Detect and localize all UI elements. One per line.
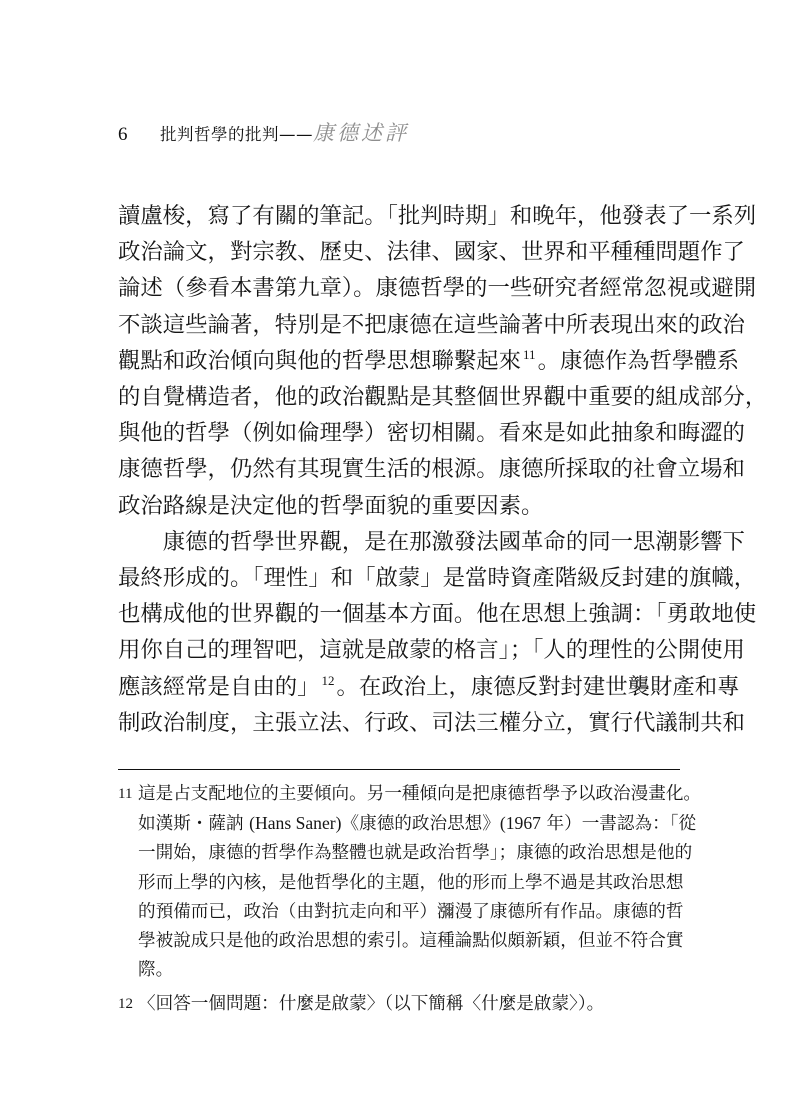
text-line: 讀盧梭，寫了有關的筆記。「批判時期」和晚年，他發表了一系列 — [118, 198, 682, 234]
footnote-ref-12[interactable]: 12 — [322, 673, 335, 688]
footnote-12: 12 〈回答一個問題：什麼是啟蒙〉（以下簡稱〈什麼是啟蒙〉）。 — [118, 990, 682, 1019]
text-line: 制政治制度，主張立法、行政、司法三權分立，實行代議制共和 — [118, 705, 682, 741]
main-text: 讀盧梭，寫了有關的筆記。「批判時期」和晚年，他發表了一系列 政治論文，對宗教、歷… — [118, 198, 682, 741]
text-line: 不談這些論著，特別是不把康德在這些論著中所表現出來的政治 — [118, 307, 682, 343]
text-segment: 年）一書認為：「從 — [547, 814, 697, 834]
footnote-number: 12 — [118, 990, 133, 1019]
footnote-divider — [118, 769, 680, 770]
text-line-with-footnote: 觀點和政治傾向與他的哲學思想聯繫起來11。康德作為哲學體系 — [118, 343, 682, 379]
latin-name: (Hans Saner) — [249, 813, 341, 833]
book-subtitle: 康德述評 — [313, 117, 409, 147]
footnote-number: 11 — [118, 780, 132, 809]
text-line: 政治路線是決定他的哲學面貌的重要因素。 — [118, 488, 682, 524]
text-line-with-footnote: 應該經常是自由的」12。在政治上，康德反對封建世襲財產和專 — [118, 669, 682, 705]
footnote-line: 一開始，康德的哲學作為整體也就是政治哲學」；康德的政治思想是他的 — [138, 839, 682, 868]
footnote-line: 學被說成只是他的政治思想的索引。這種論點似頗新穎，但並不符合實 — [138, 927, 682, 956]
footnote-line: 這是占支配地位的主要傾向。另一種傾向是把康德哲學予以政治漫畫化。 — [138, 780, 682, 809]
text-line: 最終形成的。「理性」和「啟蒙」是當時資產階級反封建的旗幟， — [118, 560, 682, 596]
page-number: 6 — [118, 124, 160, 146]
text-segment: 觀點和政治傾向與他的哲學思想聯繫起來 — [118, 348, 521, 374]
text-segment: 。在政治上，康德反對封建世襲財產和專 — [337, 674, 740, 700]
text-segment: 應該經常是自由的」 — [118, 674, 320, 700]
footnote-line: 〈回答一個問題：什麼是啟蒙〉（以下簡稱〈什麼是啟蒙〉）。 — [138, 990, 682, 1019]
footnote-line: 形而上學的內核，是他哲學化的主題，他的形而上學不過是其政治思想 — [138, 869, 682, 898]
paragraph-2: 康德的哲學世界觀，是在那激發法國革命的同一思潮影響下 最終形成的。「理性」和「啟… — [118, 524, 682, 741]
footnote-line: 際。 — [138, 956, 682, 985]
footnotes: 11 這是占支配地位的主要傾向。另一種傾向是把康德哲學予以政治漫畫化。 如漢斯・… — [118, 780, 682, 1020]
text-line: 用你自己的理智吧，這就是啟蒙的格言」；「人的理性的公開使用 — [118, 632, 682, 668]
footnote-11: 11 這是占支配地位的主要傾向。另一種傾向是把康德哲學予以政治漫畫化。 如漢斯・… — [118, 780, 682, 985]
footnote-line: 如漢斯・薩訥 (Hans Saner)《康德的政治思想》(1967 年）一書認為… — [138, 809, 682, 839]
text-line: 也構成他的世界觀的一個基本方面。他在思想上強調：「勇敢地使 — [118, 596, 682, 632]
running-head: 6 批判哲學的批判—— 康德述評 — [118, 117, 409, 145]
year: (1967 — [500, 813, 541, 833]
text-line: 政治論文，對宗教、歷史、法律、國家、世界和平種種問題作了 — [118, 234, 682, 270]
book-title: 批判哲學的批判—— — [160, 121, 313, 145]
text-segment: 如漢斯・薩訥 — [138, 814, 244, 834]
text-segment: 。康德作為哲學體系 — [538, 348, 740, 374]
footnote-ref-11[interactable]: 11 — [523, 347, 536, 362]
text-line: 康德哲學，仍然有其現實生活的根源。康德所採取的社會立場和 — [118, 451, 682, 487]
footnote-line: 的預備而已，政治（由對抗走向和平）瀰漫了康德所有作品。康德的哲 — [138, 898, 682, 927]
text-line: 的自覺構造者，他的政治觀點是其整個世界觀中重要的組成部分， — [118, 379, 682, 415]
book-title-ref: 《康德的政治思想》 — [342, 814, 500, 834]
text-line: 論述（參看本書第九章）。康德哲學的一些研究者經常忽視或避開 — [118, 270, 682, 306]
paragraph-1: 讀盧梭，寫了有關的筆記。「批判時期」和晚年，他發表了一系列 政治論文，對宗教、歷… — [118, 198, 682, 524]
text-line-indented: 康德的哲學世界觀，是在那激發法國革命的同一思潮影響下 — [118, 524, 682, 560]
text-line: 與他的哲學（例如倫理學）密切相關。看來是如此抽象和晦澀的 — [118, 415, 682, 451]
